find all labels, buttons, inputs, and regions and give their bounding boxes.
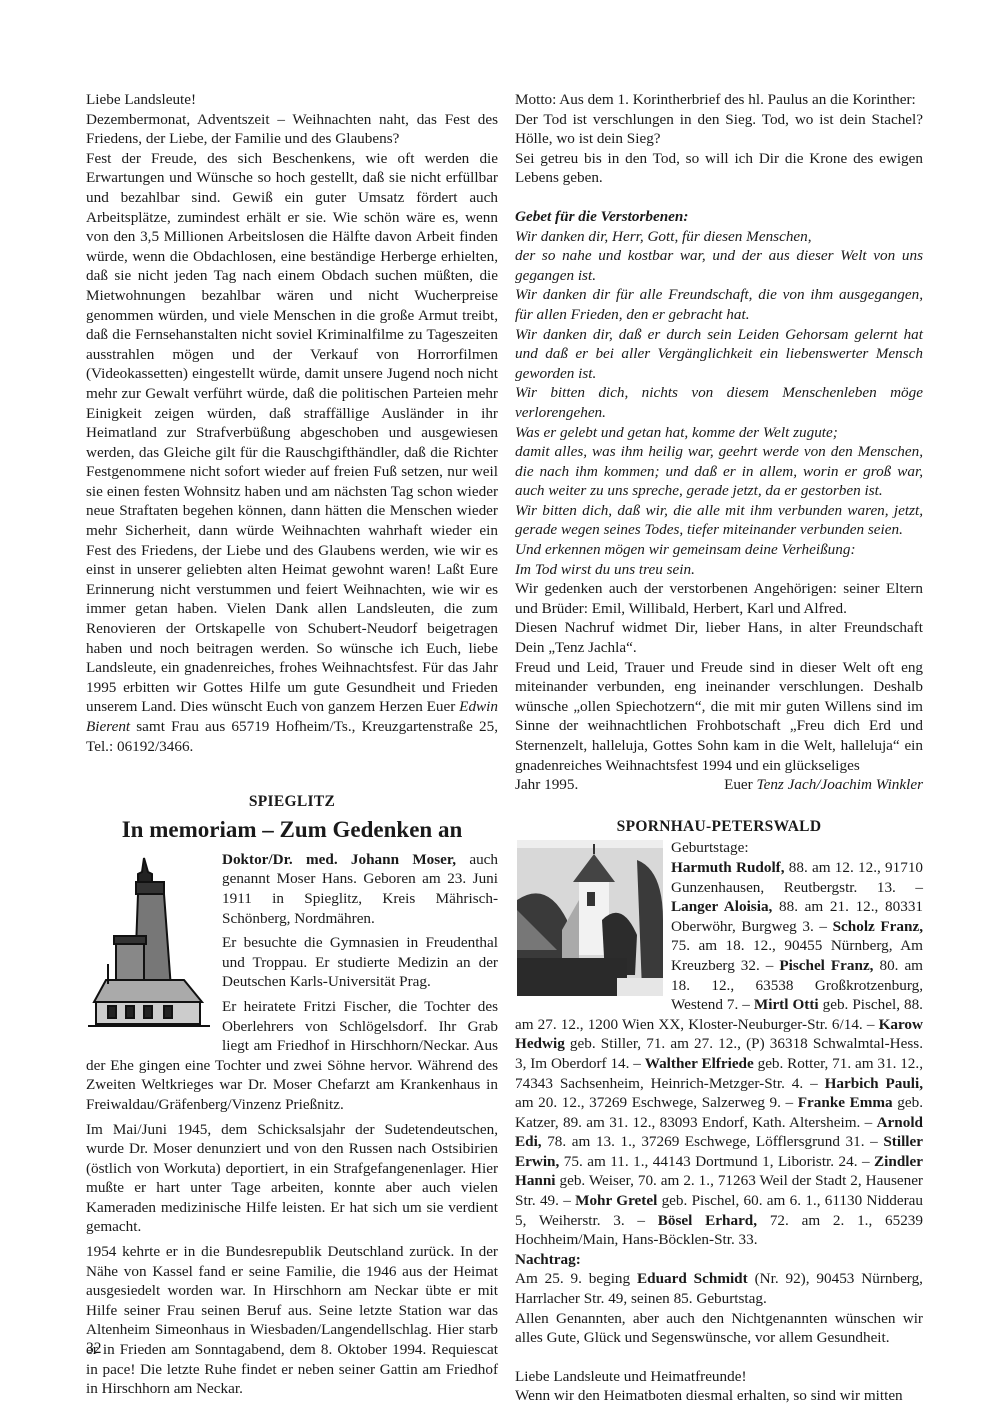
prayer-line: Was er gelebt und getan hat, komme der W… <box>515 423 923 443</box>
prayer-line: Wir danken dir für alle Freundschaft, di… <box>515 285 923 324</box>
birthday-name: Harbich Pauli, <box>825 1075 923 1092</box>
deceased-name: Doktor/Dr. med. Johann Moser, <box>222 851 456 868</box>
church-photo <box>517 840 663 996</box>
closing-paragraph: Allen Genannten, aber auch den Nichtgena… <box>515 1309 923 1348</box>
memoriam-return: 1954 kehrte er in die Bundesrepublik Deu… <box>86 1242 498 1399</box>
motto-line-2: Sei getreu bis in den Tod, so will ich D… <box>515 149 923 188</box>
wishes-signature: Jahr 1995. Euer Tenz Jach/Joachim Winkle… <box>515 775 923 795</box>
birthday-name: Pischel Franz, <box>779 957 873 974</box>
intro-paragraph: Dezembermonat, Adventszeit – Weihnachten… <box>86 110 498 149</box>
right-column: Motto: Aus dem 1. Korintherbrief des hl.… <box>515 90 923 1406</box>
birthday-name: Harmuth Rudolf, <box>671 859 785 876</box>
motto-intro: Motto: Aus dem 1. Korintherbrief des hl.… <box>515 90 923 110</box>
memoriam-title: In memoriam – Zum Gedenken an <box>86 816 498 844</box>
addendum-text: Am 25. 9. beging Eduard Schmidt (Nr. 92)… <box>515 1269 923 1308</box>
addendum-name: Eduard Schmidt <box>637 1270 748 1287</box>
birthday-name: Walther Elfriede <box>645 1055 754 1072</box>
prayer-line: damit alles, was ihm heilig war, geehrt … <box>515 442 923 501</box>
prayer-line: Wir danken dir, daß er durch sein Leiden… <box>515 325 923 384</box>
birthday-name: Bösel Erhard, <box>658 1212 757 1229</box>
left-column: Liebe Landsleute! Dezembermonat, Advents… <box>86 90 498 1399</box>
prayer-line: Im Tod wirst du uns treu sein. <box>515 560 923 580</box>
greeting-2: Liebe Landsleute und Heimatfreunde! <box>515 1367 923 1387</box>
motto-line-1: Der Tod ist verschlungen in den Sieg. To… <box>515 110 923 149</box>
section-label-spieglitz: SPIEGLITZ <box>86 792 498 812</box>
birthday-name: Langer Aloisia, <box>671 898 772 915</box>
tower-illustration-icon <box>86 852 214 1032</box>
memoriam-deportation: Im Mai/Juni 1945, dem Schicksalsjahr der… <box>86 1120 498 1238</box>
church-image-icon <box>517 840 663 996</box>
signature-name: Tenz Jach/Joachim Winkler <box>757 776 923 793</box>
dedication-paragraph: Diesen Nachruf widmet Dir, lieber Hans, … <box>515 618 923 657</box>
addendum-label: Nachtrag: <box>515 1250 923 1270</box>
section-label-spornhau: SPORNHAU-PETERSWALD <box>515 817 923 837</box>
birthday-name: Mohr Gretel <box>575 1192 657 1209</box>
birthday-name: Mirtl Otti <box>754 996 819 1013</box>
greeting: Liebe Landsleute! <box>86 90 498 110</box>
wishes-paragraph: Freud und Leid, Trauer und Freude sind i… <box>515 658 923 776</box>
prayer-line: Wir danken dir, Herr, Gott, für diesen M… <box>515 227 923 247</box>
birthday-name: Scholz Franz, <box>833 918 923 935</box>
prayer-line: Wir bitten dich, daß wir, die alle mit i… <box>515 501 923 540</box>
prayer-line: Wir bitten dich, nichts von diesem Mensc… <box>515 383 923 422</box>
birthday-name: Franke Emma <box>798 1094 893 1111</box>
relatives-paragraph: Wir gedenken auch der verstorbenen Angeh… <box>515 579 923 618</box>
prayer-line: der so nahe und kostbar war, und der aus… <box>515 246 923 285</box>
prayer-line: Und erkennen mögen wir gemeinsam deine V… <box>515 540 923 560</box>
continued-line: Wenn wir den Heimatboten diesmal erhalte… <box>515 1386 923 1406</box>
prayer-title: Gebet für die Verstorbenen: <box>515 207 923 227</box>
page-number: 32 <box>86 1340 102 1358</box>
tower-drawing <box>86 852 214 1038</box>
christmas-paragraph: Fest der Freude, des sich Beschenkens, w… <box>86 149 498 756</box>
